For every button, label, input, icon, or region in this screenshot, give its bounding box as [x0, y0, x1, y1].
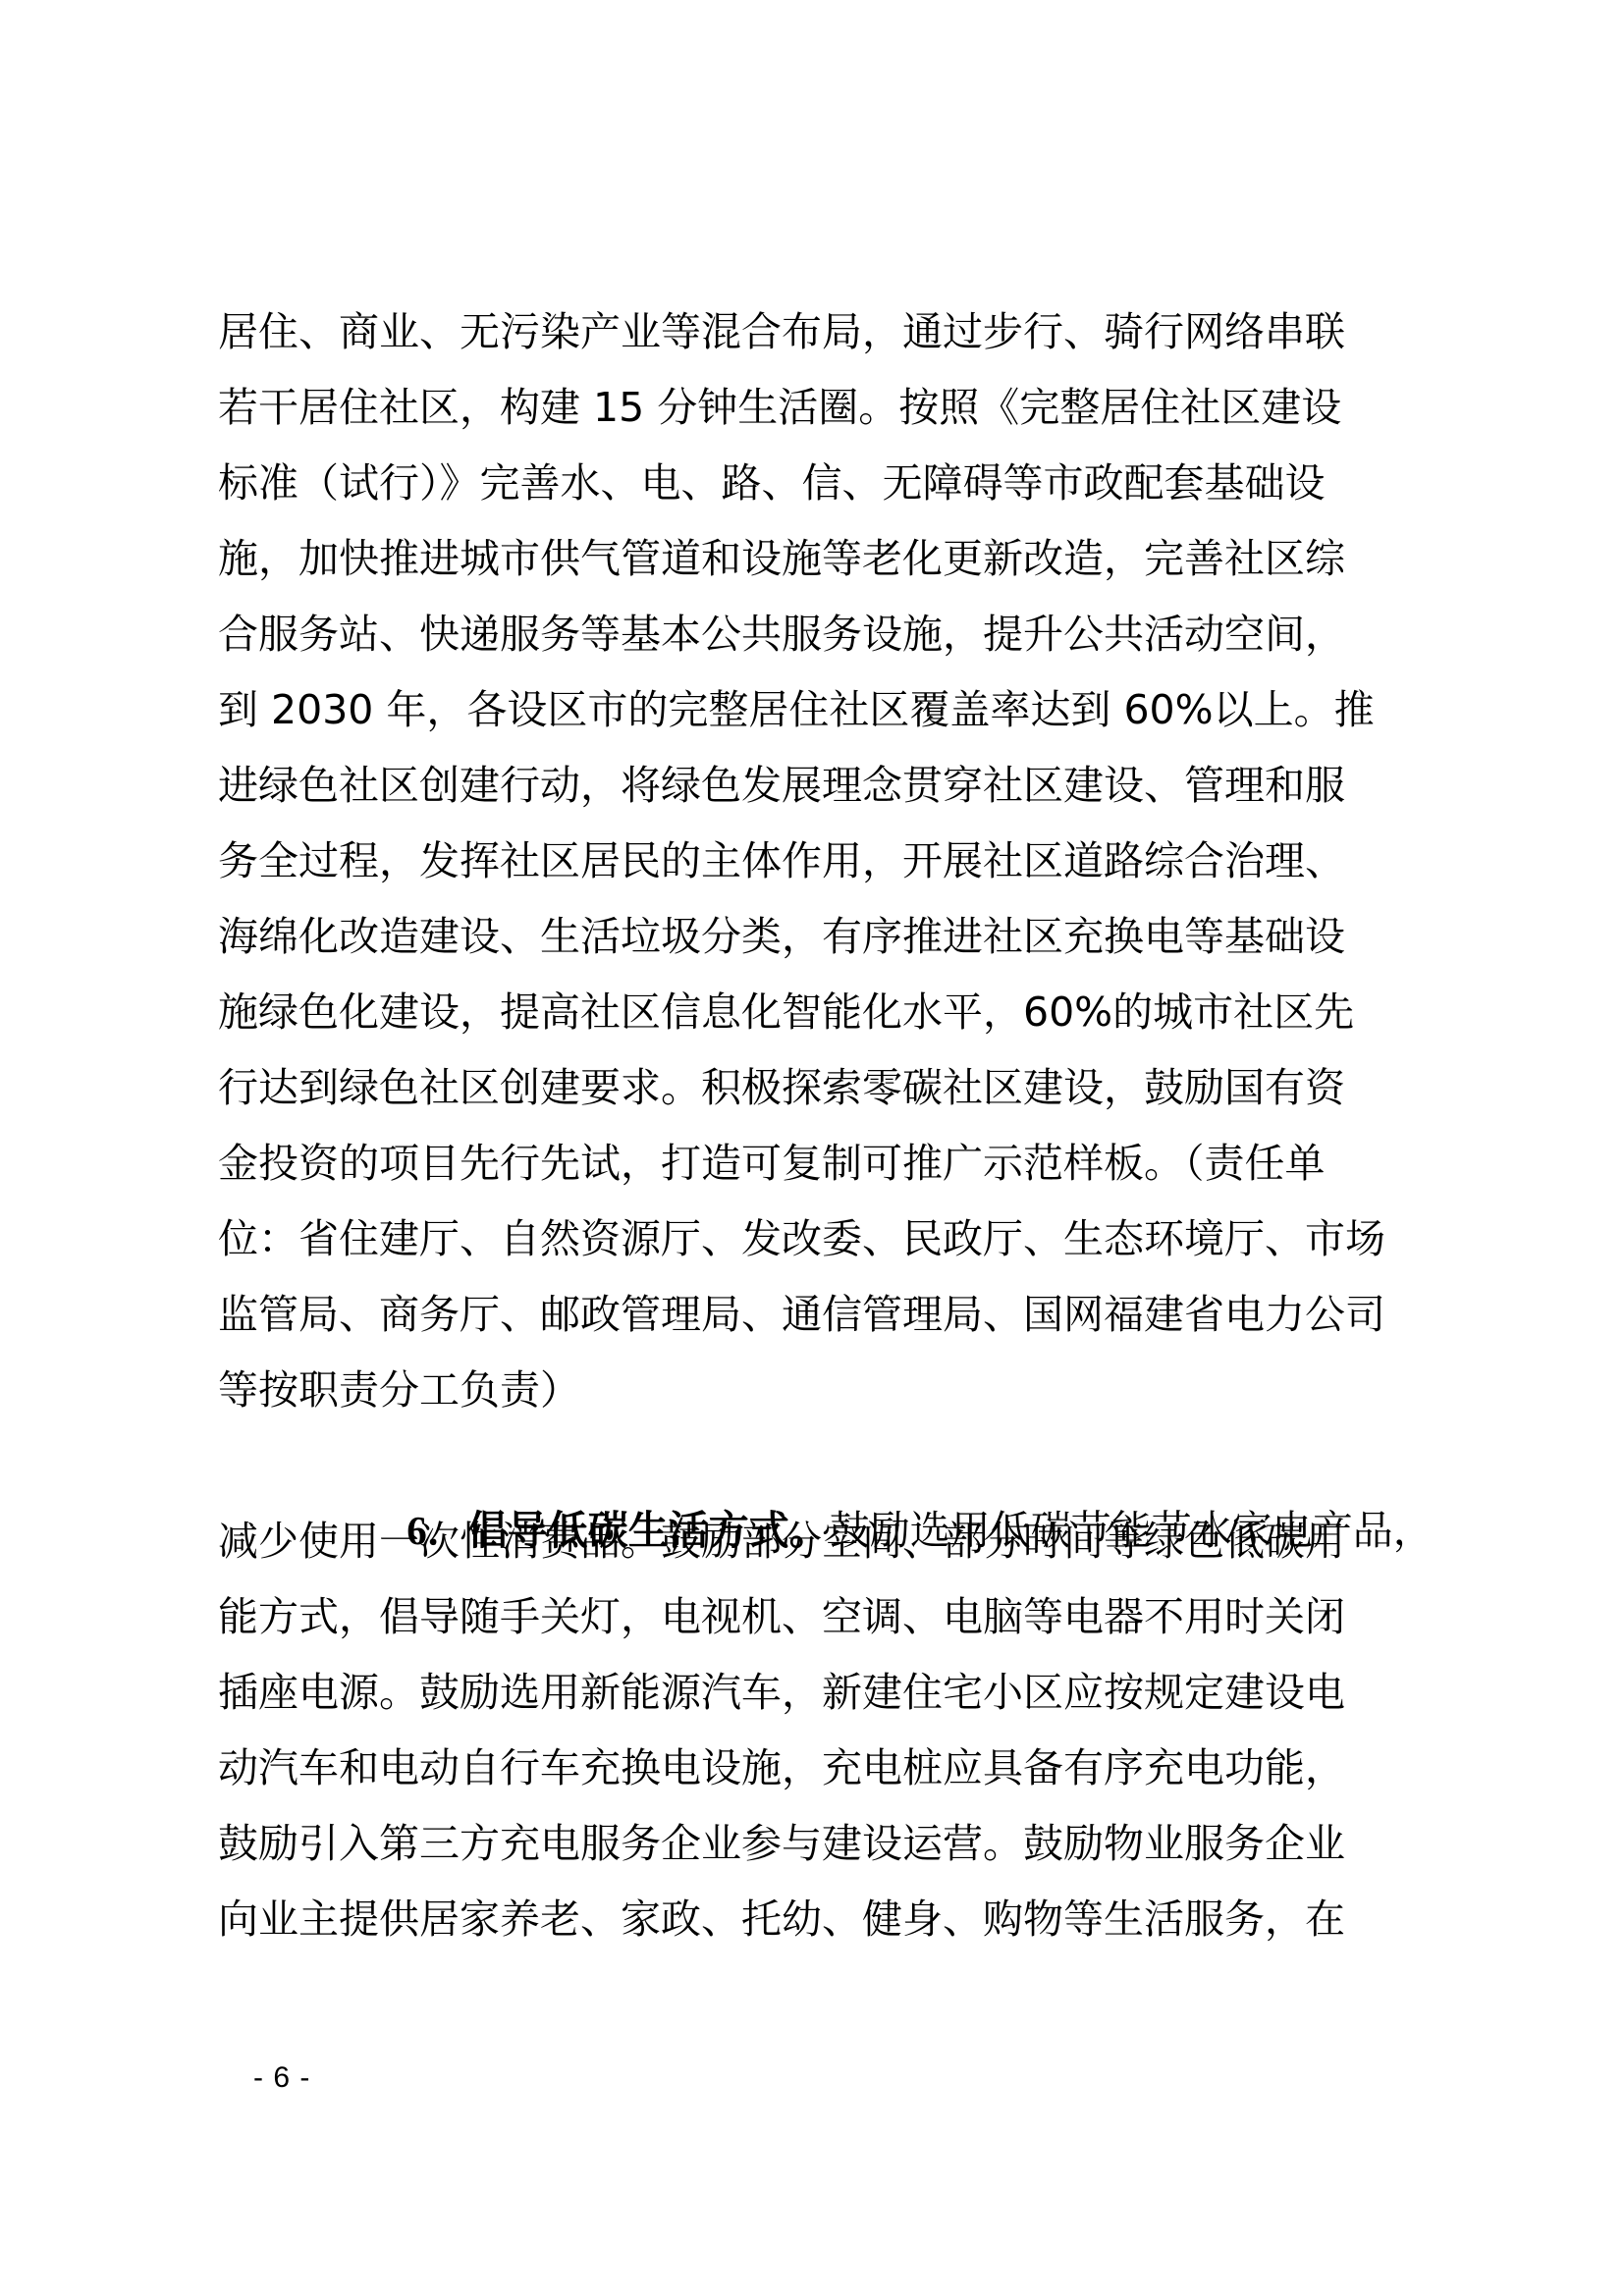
- line-text: 合服务站、快递服务等基本公共服务设施，提升公共活动空间，: [218, 602, 1345, 677]
- line-text: 进绿色社区创建行动，将绿色发展理念贯穿社区建设、管理和服: [218, 753, 1345, 828]
- text-line: 进绿色社区创建行动，将绿色发展理念贯穿社区建设、管理和服: [218, 753, 1422, 828]
- text-line: 海绵化改造建设、生活垃圾分类，有序推进社区充换电等基础设: [218, 904, 1422, 980]
- line-text: 等按职责分工负责）: [218, 1358, 580, 1433]
- line-text: 务全过程，发挥社区居民的主体作用，开展社区道路综合治理、: [218, 828, 1345, 904]
- line-text: 居住、商业、无污染产业等混合布局，通过步行、骑行网络串联: [218, 299, 1345, 375]
- line-text: 能方式，倡导随手关灯，电视机、空调、电脑等电器不用时关闭: [218, 1584, 1345, 1660]
- text-line: 位：省住建厅、自然资源厅、发改委、民政厅、生态环境厅、市场: [218, 1206, 1422, 1282]
- text-line: 务全过程，发挥社区居民的主体作用，开展社区道路综合治理、: [218, 828, 1422, 904]
- line-text: 行达到绿色社区创建要求。积极探索零碳社区建设，鼓励国有资: [218, 1055, 1345, 1131]
- text-line: 减少使用一次性消费品。鼓励部分空间、部分时间等绿色低碳用: [218, 1509, 1422, 1584]
- line-text: 海绵化改造建设、生活垃圾分类，有序推进社区充换电等基础设: [218, 904, 1345, 980]
- section-heading-line: 6．倡导低碳生活方式。鼓励选用低碳节能节水家电产品，: [218, 1433, 1422, 1509]
- line-text: 到 2030 年，各设区市的完整居住社区覆盖率达到 60%以上。推: [218, 677, 1375, 753]
- line-text: 插座电源。鼓励选用新能源汽车，新建住宅小区应按规定建设电: [218, 1660, 1345, 1735]
- line-text: 动汽车和电动自行车充换电设施，充电桩应具备有序充电功能，: [218, 1735, 1345, 1811]
- text-line: 向业主提供居家养老、家政、托幼、健身、购物等生活服务，在: [218, 1887, 1422, 1962]
- text-line: 合服务站、快递服务等基本公共服务设施，提升公共活动空间，: [218, 602, 1422, 677]
- body-text: 居住、商业、无污染产业等混合布局，通过步行、骑行网络串联 若干居住社区，构建 1…: [218, 299, 1422, 1962]
- document-page: 居住、商业、无污染产业等混合布局，通过步行、骑行网络串联 若干居住社区，构建 1…: [0, 0, 1624, 2296]
- text-line: 能方式，倡导随手关灯，电视机、空调、电脑等电器不用时关闭: [218, 1584, 1422, 1660]
- line-text: 施绿色化建设，提高社区信息化智能化水平，60%的城市社区先: [218, 980, 1354, 1055]
- text-line: 施，加快推进城市供气管道和设施等老化更新改造，完善社区综: [218, 526, 1422, 602]
- line-text: 监管局、商务厅、邮政管理局、通信管理局、国网福建省电力公司: [218, 1282, 1385, 1358]
- text-line: 鼓励引入第三方充电服务企业参与建设运营。鼓励物业服务企业: [218, 1811, 1422, 1887]
- line-text: 减少使用一次性消费品。鼓励部分空间、部分时间等绿色低碳用: [218, 1509, 1345, 1584]
- line-text: 鼓励引入第三方充电服务企业参与建设运营。鼓励物业服务企业: [218, 1811, 1345, 1887]
- line-text: 施，加快推进城市供气管道和设施等老化更新改造，完善社区综: [218, 526, 1345, 602]
- line-text: 金投资的项目先行先试，打造可复制可推广示范样板。（责任单: [218, 1131, 1326, 1206]
- text-line: 插座电源。鼓励选用新能源汽车，新建住宅小区应按规定建设电: [218, 1660, 1422, 1735]
- text-line: 居住、商业、无污染产业等混合布局，通过步行、骑行网络串联: [218, 299, 1422, 375]
- text-line: 动汽车和电动自行车充换电设施，充电桩应具备有序充电功能，: [218, 1735, 1422, 1811]
- text-line: 行达到绿色社区创建要求。积极探索零碳社区建设，鼓励国有资: [218, 1055, 1422, 1131]
- page-number: - 6 -: [253, 2061, 310, 2095]
- line-text: 若干居住社区，构建 15 分钟生活圈。按照《完整居住社区建设: [218, 375, 1341, 451]
- text-line: 等按职责分工负责）: [218, 1358, 1422, 1433]
- text-line: 金投资的项目先行先试，打造可复制可推广示范样板。（责任单: [218, 1131, 1422, 1206]
- text-line: 到 2030 年，各设区市的完整居住社区覆盖率达到 60%以上。推: [218, 677, 1422, 753]
- text-line: 若干居住社区，构建 15 分钟生活圈。按照《完整居住社区建设: [218, 375, 1422, 451]
- line-text: 位：省住建厅、自然资源厅、发改委、民政厅、生态环境厅、市场: [218, 1206, 1385, 1282]
- line-text: 标准（试行）》完善水、电、路、信、无障碍等市政配套基础设: [218, 451, 1326, 526]
- text-line: 施绿色化建设，提高社区信息化智能化水平，60%的城市社区先: [218, 980, 1422, 1055]
- text-line: 监管局、商务厅、邮政管理局、通信管理局、国网福建省电力公司: [218, 1282, 1422, 1358]
- line-text: 向业主提供居家养老、家政、托幼、健身、购物等生活服务，在: [218, 1887, 1345, 1962]
- text-line: 标准（试行）》完善水、电、路、信、无障碍等市政配套基础设: [218, 451, 1422, 526]
